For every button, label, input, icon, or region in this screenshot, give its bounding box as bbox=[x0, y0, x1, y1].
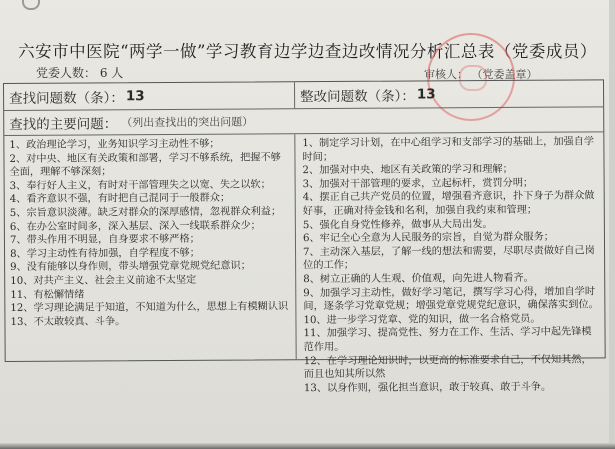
rectification-item: 9、加强学习主动性，做好学习笔记，撰写学习心得，增加自学时间，逐条学习党章党规；… bbox=[303, 285, 599, 314]
problem-item: 5、宗旨意识淡薄。缺乏对群众的深厚感情，忽视群众利益； bbox=[10, 205, 290, 220]
paper-edge bbox=[609, 0, 615, 449]
problem-item: 2、对中央、地区有关政策和部署，学习不够系统，把握不够全面，理解不够深刻； bbox=[9, 151, 289, 180]
rectification-item: 11、加强学习、提高党性、努力在工作、生活、学习中起先锋模范作用。 bbox=[303, 326, 599, 355]
summary-table: 查找问题数（条）： 13 整改问题数（条）： 13 查找的主要问题： （列出查找… bbox=[3, 79, 606, 362]
member-count-label: 党委人数： bbox=[36, 66, 96, 80]
problem-item: 9、没有能够以身作则，带头增强党章党规党纪意识； bbox=[10, 260, 290, 275]
fixed-count-label: 整改问题数（条）： bbox=[300, 84, 415, 105]
rectification-item: 7、主动深入基层，了解一线的想法和需要，尽职尽责做好自己岗位的工作； bbox=[303, 244, 599, 273]
found-count-value: 13 bbox=[126, 88, 145, 104]
found-count-cell: 查找问题数（条）： 13 bbox=[4, 82, 295, 110]
found-count-label: 查找问题数（条）： bbox=[9, 86, 124, 107]
rectification-item: 13、以身作则，强化担当意识，敢于较真、敢于斗争。 bbox=[304, 380, 600, 395]
rectification-item: 12、在学习理论知识时，以更高的标准要求自己，不仅知其然，而且也知其所以然 bbox=[304, 353, 600, 382]
section-label: 查找的主要问题： bbox=[9, 112, 117, 133]
problem-item: 12、学习理论满足于知道，不知道为什么，思想上有模糊认识 bbox=[10, 300, 290, 315]
section-header-row: 查找的主要问题： （列出查找出的突出问题） bbox=[4, 107, 603, 136]
rectification-item: 4、摆正自己共产党员的位置，增强看齐意识，扑下身子为群众做好事，正确对待金钱和名… bbox=[303, 190, 599, 219]
fixed-count-value: 13 bbox=[417, 86, 436, 102]
problem-item: 6、在办公室时间多，深入基层、深入一线联系群众少； bbox=[10, 219, 290, 234]
list-row: 1、政治理论学习，业务知识学习主动性不够； 2、对中央、地区有关政策和部署，学习… bbox=[4, 132, 604, 361]
rectifications-list: 1、制定学习计划，在中心组学习和支部学习的基础上，加强自学时间； 2、加强对中央… bbox=[295, 132, 604, 359]
section-hint: （列出查找出的突出问题） bbox=[121, 113, 253, 130]
problem-item: 13、不太敢较真、斗争。 bbox=[10, 314, 290, 329]
fixed-count-cell: 整改问题数（条）： 13 bbox=[295, 80, 603, 108]
count-row: 查找问题数（条）： 13 整改问题数（条）： 13 bbox=[4, 80, 603, 111]
problem-item: 3、奉行好人主义，有时对干部管理失之以宽、失之以软； bbox=[10, 178, 290, 193]
document-title: 六安市中医院“两学一做”学习教育边学边查边改情况分析汇总表（党委成员） bbox=[0, 38, 615, 62]
rectification-item: 1、制定学习计划，在中心组学习和支部学习的基础上，加强自学时间； bbox=[302, 135, 598, 164]
member-count: 党委人数： 6 人 bbox=[36, 64, 123, 81]
bottom-shadow bbox=[0, 443, 615, 449]
section-header-cell: 查找的主要问题： （列出查找出的突出问题） bbox=[4, 107, 603, 135]
paper-clip-icon bbox=[22, 0, 40, 10]
problems-list: 1、政治理论学习，业务知识学习主动性不够； 2、对中央、地区有关政策和部署，学习… bbox=[4, 134, 296, 361]
member-count-value: 6 人 bbox=[100, 66, 123, 80]
